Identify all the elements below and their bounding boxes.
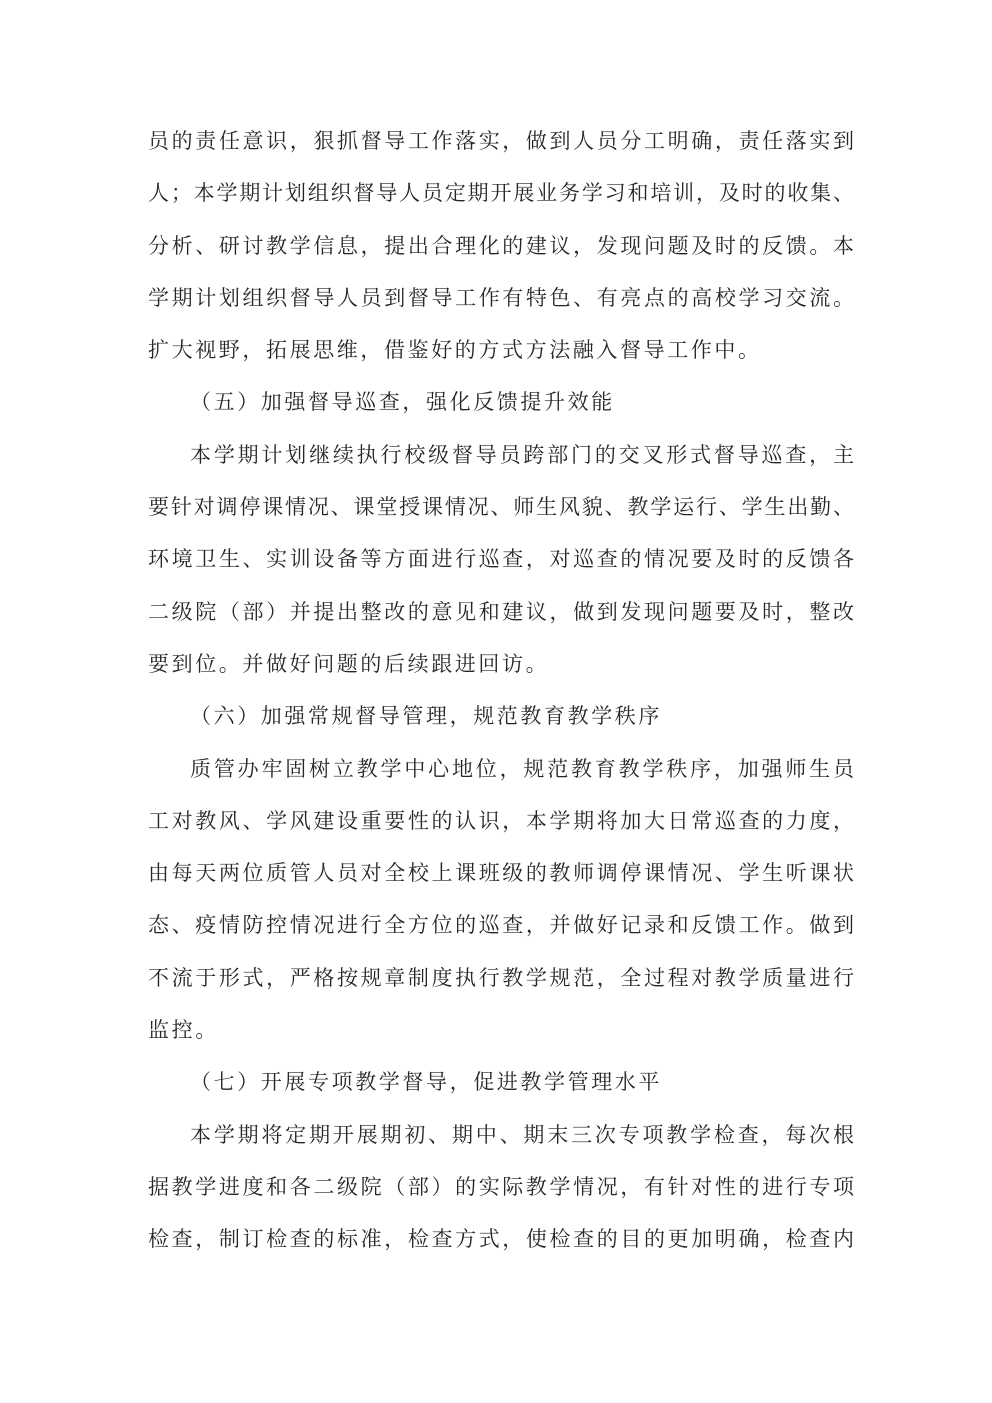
paragraph-line: 据教学进度和各二级院（部）的实际教学情况，有针对性的进行专项	[148, 1161, 854, 1213]
paragraph-line: 人；本学期计划组织督导人员定期开展业务学习和培训，及时的收集、	[148, 167, 854, 219]
section-heading-7: （七）开展专项教学督导，促进教学管理水平	[148, 1056, 854, 1108]
paragraph-line: 要到位。并做好问题的后续跟进回访。	[148, 638, 854, 690]
paragraph-line: 本学期将定期开展期初、期中、期末三次专项教学检查，每次根	[148, 1109, 854, 1161]
paragraph-line: 工对教风、学风建设重要性的认识，本学期将加大日常巡查的力度，	[148, 795, 854, 847]
document-page: 员的责任意识，狠抓督导工作落实，做到人员分工明确，责任落实到 人；本学期计划组织…	[0, 0, 992, 1403]
section-heading-6: （六）加强常规督导管理，规范教育教学秩序	[148, 690, 854, 742]
paragraph-line: 学期计划组织督导人员到督导工作有特色、有亮点的高校学习交流。	[148, 272, 854, 324]
paragraph-line: 态、疫情防控情况进行全方位的巡查，并做好记录和反馈工作。做到	[148, 899, 854, 951]
paragraph-line: 要针对调停课情况、课堂授课情况、师生风貌、教学运行、学生出勤、	[148, 481, 854, 533]
paragraph-line: 本学期计划继续执行校级督导员跨部门的交叉形式督导巡查，主	[148, 429, 854, 481]
paragraph-line: 环境卫生、实训设备等方面进行巡查，对巡查的情况要及时的反馈各	[148, 533, 854, 585]
paragraph-line: 二级院（部）并提出整改的意见和建议，做到发现问题要及时，整改	[148, 586, 854, 638]
paragraph-line: 质管办牢固树立教学中心地位，规范教育教学秩序，加强师生员	[148, 743, 854, 795]
paragraph-line: 监控。	[148, 1004, 854, 1056]
paragraph-line: 检查，制订检查的标准，检查方式，使检查的目的更加明确，检查内	[148, 1213, 854, 1265]
paragraph-line: 员的责任意识，狠抓督导工作落实，做到人员分工明确，责任落实到	[148, 115, 854, 167]
document-body-text: 员的责任意识，狠抓督导工作落实，做到人员分工明确，责任落实到 人；本学期计划组织…	[148, 115, 854, 1266]
paragraph-line: 由每天两位质管人员对全校上课班级的教师调停课情况、学生听课状	[148, 847, 854, 899]
section-heading-5: （五）加强督导巡查，强化反馈提升效能	[148, 376, 854, 428]
paragraph-line: 扩大视野，拓展思维，借鉴好的方式方法融入督导工作中。	[148, 324, 854, 376]
paragraph-line: 不流于形式，严格按规章制度执行教学规范，全过程对教学质量进行	[148, 952, 854, 1004]
paragraph-line: 分析、研讨教学信息，提出合理化的建议，发现问题及时的反馈。本	[148, 220, 854, 272]
